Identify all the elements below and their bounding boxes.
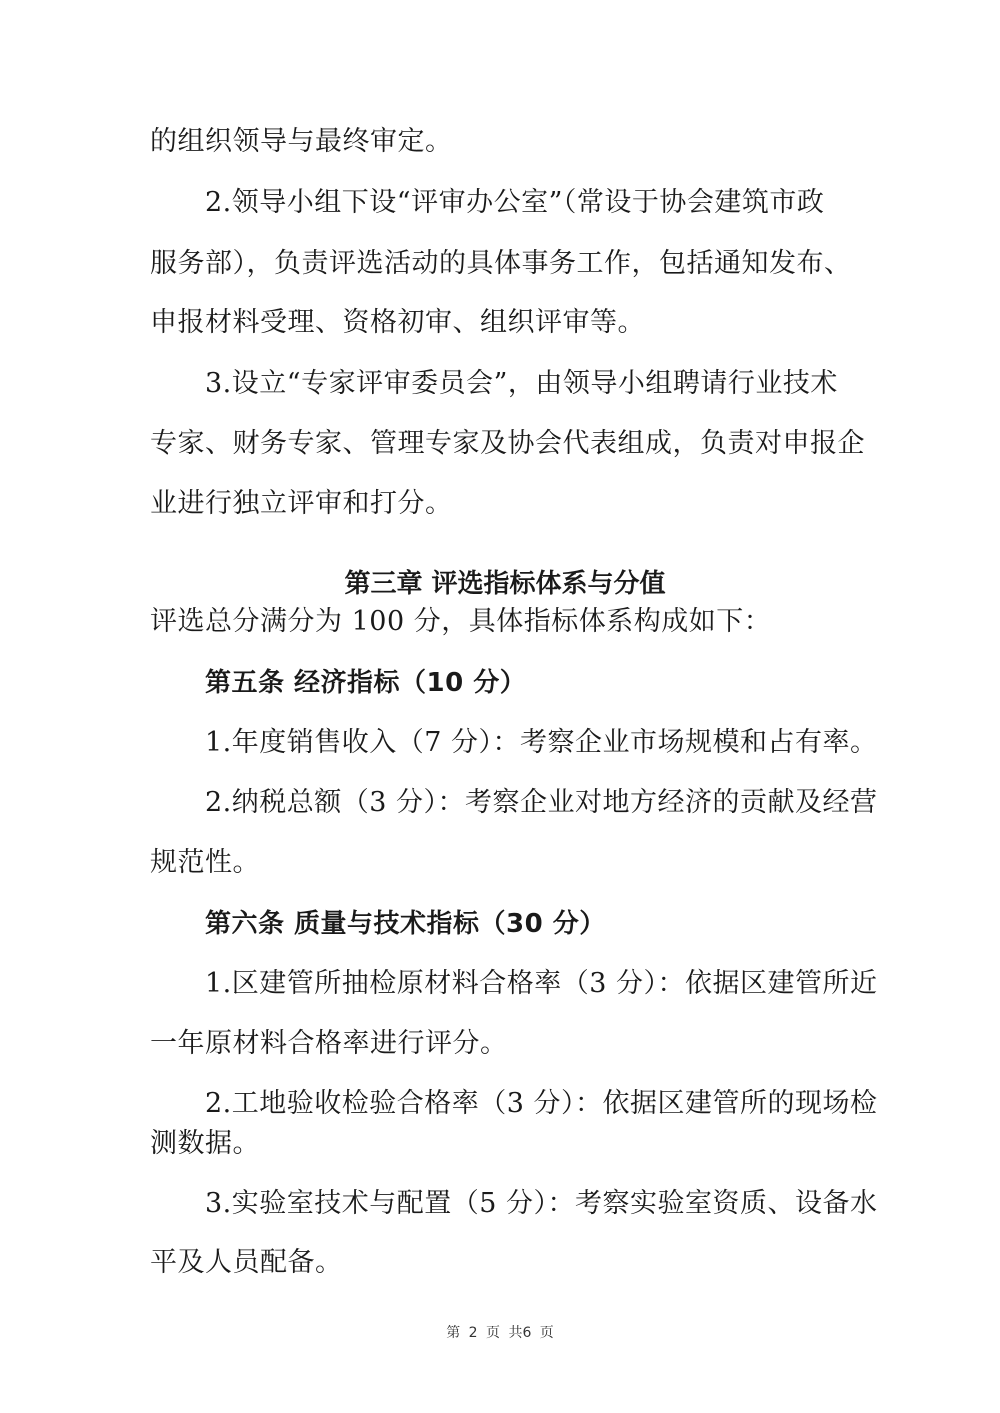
article5-title: 第五条 经济指标（10 分） xyxy=(205,665,526,701)
article6-item2-line2: 测数据。 xyxy=(150,1126,260,1162)
document-page: 的组织领导与最终审定。 2.领导小组下设“评审办公室”（常设于协会建筑市政 服务… xyxy=(0,0,1000,1413)
item3-line3: 业进行独立评审和打分。 xyxy=(150,486,453,522)
article6-item3-line2: 平及人员配备。 xyxy=(150,1245,343,1281)
article6-item3-line1: 3.实验室技术与配置（5 分）：考察实验室资质、设备水 xyxy=(205,1186,878,1222)
article6-item1-line2: 一年原材料合格率进行评分。 xyxy=(150,1026,508,1062)
paragraph-continuation: 的组织领导与最终审定。 xyxy=(150,124,453,160)
article5-item1: 1.年度销售收入（7 分）：考察企业市场规模和占有率。 xyxy=(205,725,878,761)
item2-line1: 2.领导小组下设“评审办公室”（常设于协会建筑市政 xyxy=(205,185,824,221)
chapter-intro: 评选总分满分为 100 分，具体指标体系构成如下： xyxy=(150,604,771,640)
item2-line2: 服务部），负责评选活动的具体事务工作，包括通知发布、 xyxy=(150,246,852,282)
item3-line2: 专家、财务专家、管理专家及协会代表组成，负责对申报企 xyxy=(150,426,865,462)
item2-line3: 申报材料受理、资格初审、组织评审等。 xyxy=(150,305,645,341)
article6-title: 第六条 质量与技术指标（30 分） xyxy=(205,906,606,942)
article5-item2-line2: 规范性。 xyxy=(150,845,260,881)
article6-item2-line1: 2.工地验收检验合格率（3 分）：依据区建管所的现场检 xyxy=(205,1086,878,1122)
item3-line1: 3.设立“专家评审委员会”，由领导小组聘请行业技术 xyxy=(205,366,838,402)
chapter-title: 第三章 评选指标体系与分值 xyxy=(0,566,1000,602)
article6-item1-line1: 1.区建管所抽检原材料合格率（3 分）：依据区建管所近 xyxy=(205,966,878,1002)
article5-item2-line1: 2.纳税总额（3 分）：考察企业对地方经济的贡献及经营 xyxy=(205,785,878,821)
page-footer: 第 2 页 共6 页 xyxy=(0,1322,1000,1342)
